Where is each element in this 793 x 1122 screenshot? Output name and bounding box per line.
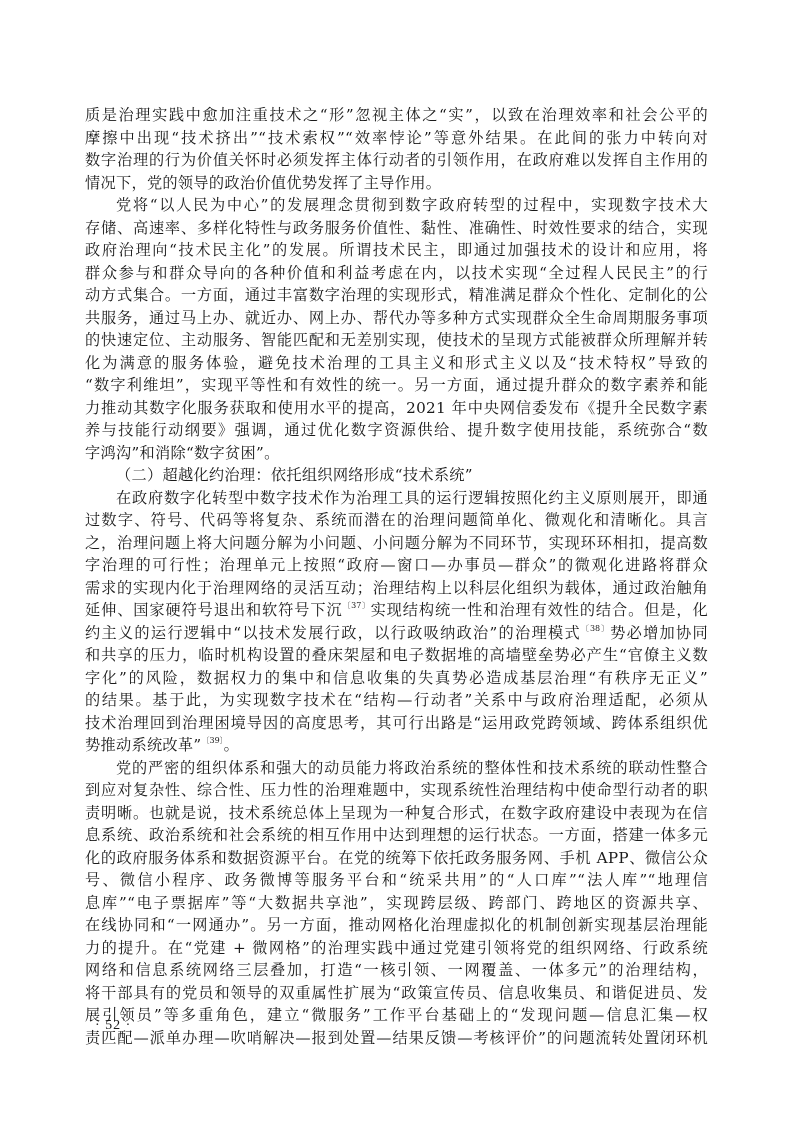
text-line: 数字治理的行为价值关怀时必须发挥主体行动者的引领作用，在政府难以发挥自主作用的 [85, 149, 708, 172]
page-number: · 52 · [95, 1018, 131, 1034]
text-line: 养与技能行动纲要》强调，通过优化数字资源供给、提升数字使用技能，系统弥合“数 [85, 419, 708, 442]
text-segment: 实现结构统一性和治理有效性的结合。但是，化 [371, 601, 708, 619]
text-line: 展引领员”等多重角色，建立“微服务”工作平台基础上的“发现问题—信息汇集—权 [85, 1004, 708, 1027]
citation-ref-37[interactable]: 〔37〕 [343, 601, 371, 610]
text-line: 的结果。基于此，为实现数字技术在“结构—行动者”关系中与政府治理适配，必须从 [85, 689, 708, 712]
text-line: 政府治理向“技术民主化”的发展。所谓技术民主，即通过加强技术的设计和应用，将 [85, 239, 708, 262]
text-line: 党将“以人民为中心”的发展理念贯彻到数字政府转型的过程中，实现数字技术大 [85, 194, 708, 217]
text-line: 责明晰。也就是说，技术系统总体上呈现为一种复合形式，在数字政府建设中表现为在信 [85, 802, 708, 825]
citation-ref-38[interactable]: 〔38〕 [581, 624, 610, 633]
text-line: 共服务，通过马上办、就近办、网上办、帮代办等多种方式实现群众全生命周期服务事项 [85, 307, 708, 330]
section-heading: （二）超越化约治理：依托组织网络形成“技术系统” [85, 464, 708, 487]
paragraph-3: 在政府数字化转型中数字技术作为治理工具的运行逻辑按照化约主义原则展开，即通 过数… [85, 487, 708, 757]
text-line: 和共享的压力，临时机构设置的叠床架屋和电子数据堆的高墙壁垒势必产生“官僚主义数 [85, 644, 708, 667]
text-line: 责匹配—派单办理—吹哨解决—报到处置—结果反馈—考核评价”的问题流转处置闭环机 [85, 1027, 708, 1050]
text-line: 到应对复杂性、综合性、压力性的治理难题中，实现系统性治理结构中使命型行动者的职 [85, 779, 708, 802]
text-segment: 势推动系统改革” [85, 736, 201, 754]
text-line: 质是治理实践中愈加注重技术之“形”忽视主体之“实”，以致在治理效率和社会公平的 [85, 104, 708, 127]
text-line: 息库”“电子票据库”等“大数据共享池”，实现跨层级、跨部门、跨地区的资源共享、 [85, 892, 708, 915]
text-line: 群众参与和群众导向的各种价值和利益考虑在内，以技术实现“全过程人民民主”的行 [85, 262, 708, 285]
text-segment: 。 [224, 736, 240, 754]
page-body: 质是治理实践中愈加注重技术之“形”忽视主体之“实”，以致在治理效率和社会公平的 … [85, 104, 708, 1049]
paragraph-2: 党将“以人民为中心”的发展理念贯彻到数字政府转型的过程中，实现数字技术大 存储、… [85, 194, 708, 464]
text-line: 延伸、国家硬符号退出和软符号下沉〔37〕实现结构统一性和治理有效性的结合。但是，… [85, 599, 708, 622]
text-line: 力推动其数字化服务获取和使用水平的提高，2021 年中央网信委发布《提升全民数字… [85, 397, 708, 420]
text-line: 党的严密的组织体系和强大的动员能力将政治系统的整体性和技术系统的联动性整合 [85, 757, 708, 780]
text-line: 势推动系统改革”〔39〕。 [85, 734, 708, 757]
text-segment: 势必增加协同 [610, 624, 708, 642]
paragraph-1: 质是治理实践中愈加注重技术之“形”忽视主体之“实”，以致在治理效率和社会公平的 … [85, 104, 708, 194]
text-line: 约主义的运行逻辑中“以技术发展行政，以行政吸纳政治”的治理模式〔38〕势必增加协… [85, 622, 708, 645]
text-line: 字鸿沟”和消除“数字贫困”。 [85, 442, 708, 465]
text-line: 需求的实现内化于治理网络的灵活互动；治理结构上以科层化组织为载体，通过政治触角 [85, 577, 708, 600]
text-line: 动方式集合。一方面，通过丰富数字治理的实现形式，精准满足群众个性化、定制化的公 [85, 284, 708, 307]
text-line: 技术治理回到治理困境导因的高度思考，其可行出路是“运用政党跨领域、跨体系组织优 [85, 712, 708, 735]
text-line: 摩擦中出现“技术挤出”“技术索权”“效率悖论”等意外结果。在此间的张力中转向对 [85, 127, 708, 150]
text-segment: 约主义的运行逻辑中“以技术发展行政，以行政吸纳政治”的治理模式 [85, 624, 581, 642]
text-line: 网络和信息系统网络三层叠加，打造“一核引领、一网覆盖、一体多元”的治理结构， [85, 959, 708, 982]
text-line: 在线协同和“一网通办”。另一方面，推动网格化治理虚拟化的机制创新实现基层治理能 [85, 914, 708, 937]
text-line: 息系统、政治系统和社会系统的相互作用中达到理想的运行状态。一方面，搭建一体多元 [85, 824, 708, 847]
text-line: 化的政府服务体系和数据资源平台。在党的统筹下依托政务服务网、手机 APP、微信公… [85, 847, 708, 870]
citation-ref-39[interactable]: 〔39〕 [201, 736, 223, 745]
text-line: 号、微信小程序、政务微博等服务平台和“统采共用”的“人口库”“法人库”“地理信 [85, 869, 708, 892]
text-line: 过数字、符号、代码等将复杂、系统而潜在的治理问题简单化、微观化和清晰化。具言 [85, 509, 708, 532]
text-line: 存储、高速率、多样化特性与政务服务价值性、黏性、准确性、时效性要求的结合，实现 [85, 217, 708, 240]
text-line: 之，治理问题上将大问题分解为小问题、小问题分解为不同环节，实现环环相扣，提高数 [85, 532, 708, 555]
text-line: 情况下，党的领导的政治价值优势发挥了主导作用。 [85, 172, 708, 195]
text-segment: 延伸、国家硬符号退出和软符号下沉 [85, 601, 343, 619]
text-line: 在政府数字化转型中数字技术作为治理工具的运行逻辑按照化约主义原则展开，即通 [85, 487, 708, 510]
text-line: 的快速定位、主动服务、智能匹配和无差别实现，使技术的呈现方式能被群众所理解并转 [85, 329, 708, 352]
text-line: 化为满意的服务体验，避免技术治理的工具主义和形式主义以及“技术特权”导致的 [85, 352, 708, 375]
text-line: 力的提升。在“党建 + 微网格”的治理实践中通过党建引领将党的组织网络、行政系统 [85, 937, 708, 960]
text-line: “数字利维坦”，实现平等性和有效性的统一。另一方面，通过提升群众的数字素养和能 [85, 374, 708, 397]
paragraph-4: 党的严密的组织体系和强大的动员能力将政治系统的整体性和技术系统的联动性整合 到应… [85, 757, 708, 1050]
text-line: 将干部具有的党员和领导的双重属性扩展为“政策宣传员、信息收集员、和谐促进员、发 [85, 982, 708, 1005]
text-line: 字化”的风险，数据权力的集中和信息收集的失真势必造成基层治理“有秩序无正义” [85, 667, 708, 690]
text-line: 字治理的可行性；治理单元上按照“政府—窗口—办事员—群众”的微观化进路将群众 [85, 554, 708, 577]
